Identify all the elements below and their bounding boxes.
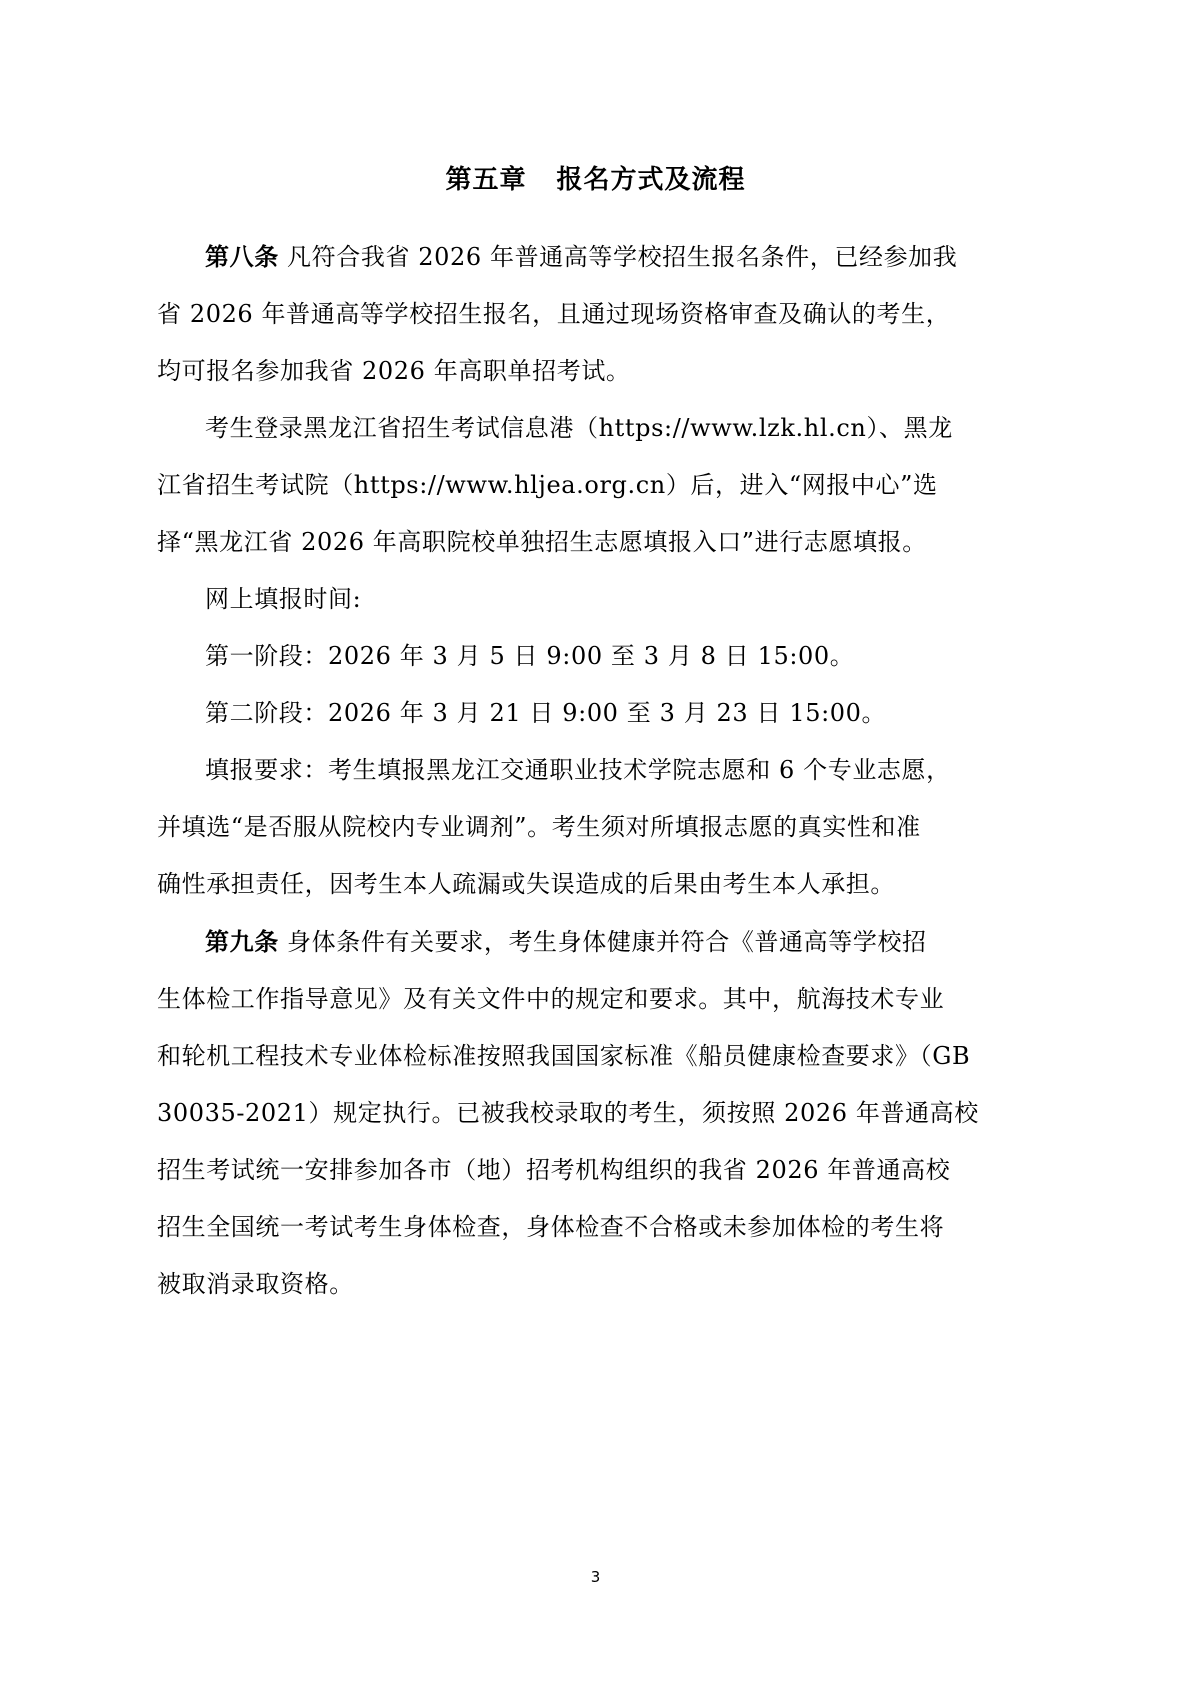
login-line-3: 择“黑龙江省 2026 年高职院校单独招生志愿填报入口”进行志愿填报。 [157, 522, 997, 562]
page-number: 3 [0, 1568, 1191, 1586]
article-9-line-2: 生体检工作指导意见》及有关文件中的规定和要求。其中，航海技术专业 [157, 979, 997, 1019]
article-8-line-3: 均可报名参加我省 2026 年高职单招考试。 [157, 351, 997, 391]
login-line-1: 考生登录黑龙江省招生考试信息港（https://www.lzk.hl.cn）、黑… [205, 408, 1045, 448]
requirement-line-3: 确性承担责任，因考生本人疏漏或失误造成的后果由考生本人承担。 [157, 864, 997, 904]
article-9-line-1: 第九条 身体条件有关要求，考生身体健康并符合《普通高等学校招 [205, 922, 1045, 962]
document-page: 第五章报名方式及流程 第八条 凡符合我省 2026 年普通高等学校招生报名条件，… [0, 0, 1191, 1684]
article-9-line-3: 和轮机工程技术专业体检标准按照我国国家标准《船员健康检查要求》（GB [157, 1036, 997, 1076]
article-9-line-7: 被取消录取资格。 [157, 1264, 997, 1304]
requirement-line-1: 填报要求：考生填报黑龙江交通职业技术学院志愿和 6 个专业志愿， [205, 750, 1045, 790]
article-8-line-1: 第八条 凡符合我省 2026 年普通高等学校招生报名条件，已经参加我 [205, 237, 1045, 277]
article-9-line-5: 招生考试统一安排参加各市（地）招考机构组织的我省 2026 年普通高校 [157, 1150, 997, 1190]
article-9-heading: 第九条 [205, 928, 279, 956]
article-8-line-2: 省 2026 年普通高等学校招生报名，且通过现场资格审查及确认的考生， [157, 294, 997, 334]
login-line-2: 江省招生考试院（https://www.hljea.org.cn）后，进入“网报… [157, 465, 997, 505]
chapter-subtitle: 报名方式及流程 [557, 165, 746, 195]
article-9-line-6: 招生全国统一考试考生身体检查，身体检查不合格或未参加体检的考生将 [157, 1207, 997, 1247]
chapter-title: 第五章报名方式及流程 [0, 160, 1191, 200]
phase-2: 第二阶段：2026 年 3 月 21 日 9:00 至 3 月 23 日 15:… [205, 693, 1045, 733]
article-9-line-4: 30035-2021）规定执行。已被我校录取的考生，须按照 2026 年普通高校 [157, 1093, 997, 1133]
phase-1: 第一阶段：2026 年 3 月 5 日 9:00 至 3 月 8 日 15:00… [205, 636, 1045, 676]
requirement-line-2: 并填选“是否服从院校内专业调剂”。考生须对所填报志愿的真实性和准 [157, 807, 997, 847]
chapter-number: 第五章 [445, 165, 526, 195]
article-8-heading: 第八条 [205, 243, 279, 271]
online-time-label: 网上填报时间: [205, 579, 1045, 619]
